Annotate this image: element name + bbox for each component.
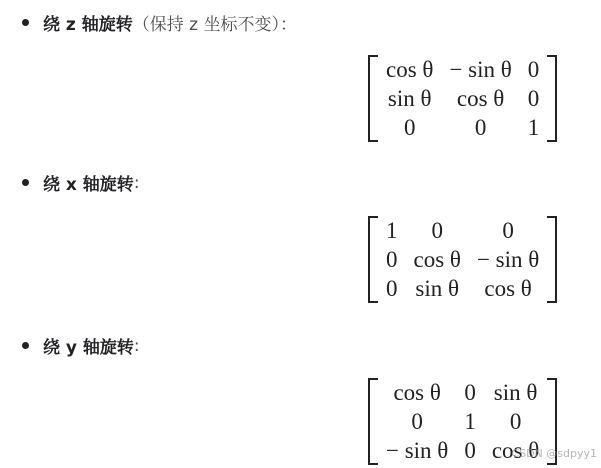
x-rotation-matrix: 100 0cos θ− sin θ 0sin θcos θ (368, 216, 557, 303)
cell: sin θ (378, 84, 441, 113)
cell: − sin θ (378, 436, 456, 465)
cell: 0 (484, 407, 547, 436)
cell: 0 (378, 407, 456, 436)
cell: 0 (441, 113, 519, 142)
right-bracket (547, 55, 557, 142)
cell: cos θ (406, 245, 469, 274)
z-rotation-note: （保持 z 坐标不变）： (133, 10, 297, 35)
cell: 1 (378, 216, 406, 245)
y-rotation-note: : (134, 336, 140, 356)
cell: sin θ (484, 378, 547, 407)
cell: 0 (378, 113, 441, 142)
cell: 0 (406, 216, 469, 245)
bullet-x-rotation: 绕 x 轴旋转 : (22, 170, 140, 195)
bullet-dot (22, 179, 29, 186)
cell: 0 (520, 84, 548, 113)
bullet-dot (22, 342, 29, 349)
cell: 0 (378, 245, 406, 274)
left-bracket (368, 216, 378, 303)
left-bracket (368, 55, 378, 142)
cell: cos θ (441, 84, 519, 113)
cell: − sin θ (441, 55, 519, 84)
watermark: CSDN @sdpyy1 (511, 447, 597, 460)
cell: 1 (456, 407, 484, 436)
cell: sin θ (406, 274, 469, 303)
left-bracket (368, 378, 378, 465)
cell: 0 (456, 378, 484, 407)
cell: 0 (469, 216, 547, 245)
x-rotation-note: : (134, 173, 140, 193)
cell: 1 (520, 113, 548, 142)
cell: cos θ (378, 378, 456, 407)
cell: 0 (520, 55, 548, 84)
x-rotation-label: 绕 x 轴旋转 (43, 170, 134, 195)
y-rotation-label: 绕 y 轴旋转 (43, 333, 134, 358)
cell: 0 (378, 274, 406, 303)
z-rotation-label: 绕 z 轴旋转 (43, 10, 133, 35)
bullet-dot (22, 19, 29, 26)
right-bracket (547, 216, 557, 303)
bullet-y-rotation: 绕 y 轴旋转 : (22, 333, 140, 358)
bullet-z-rotation: 绕 z 轴旋转 （保持 z 坐标不变）： (22, 10, 297, 35)
cell: 0 (456, 436, 484, 465)
cell: cos θ (378, 55, 441, 84)
z-rotation-matrix: cos θ− sin θ0 sin θcos θ0 001 (368, 55, 557, 142)
cell: − sin θ (469, 245, 547, 274)
cell: cos θ (469, 274, 547, 303)
